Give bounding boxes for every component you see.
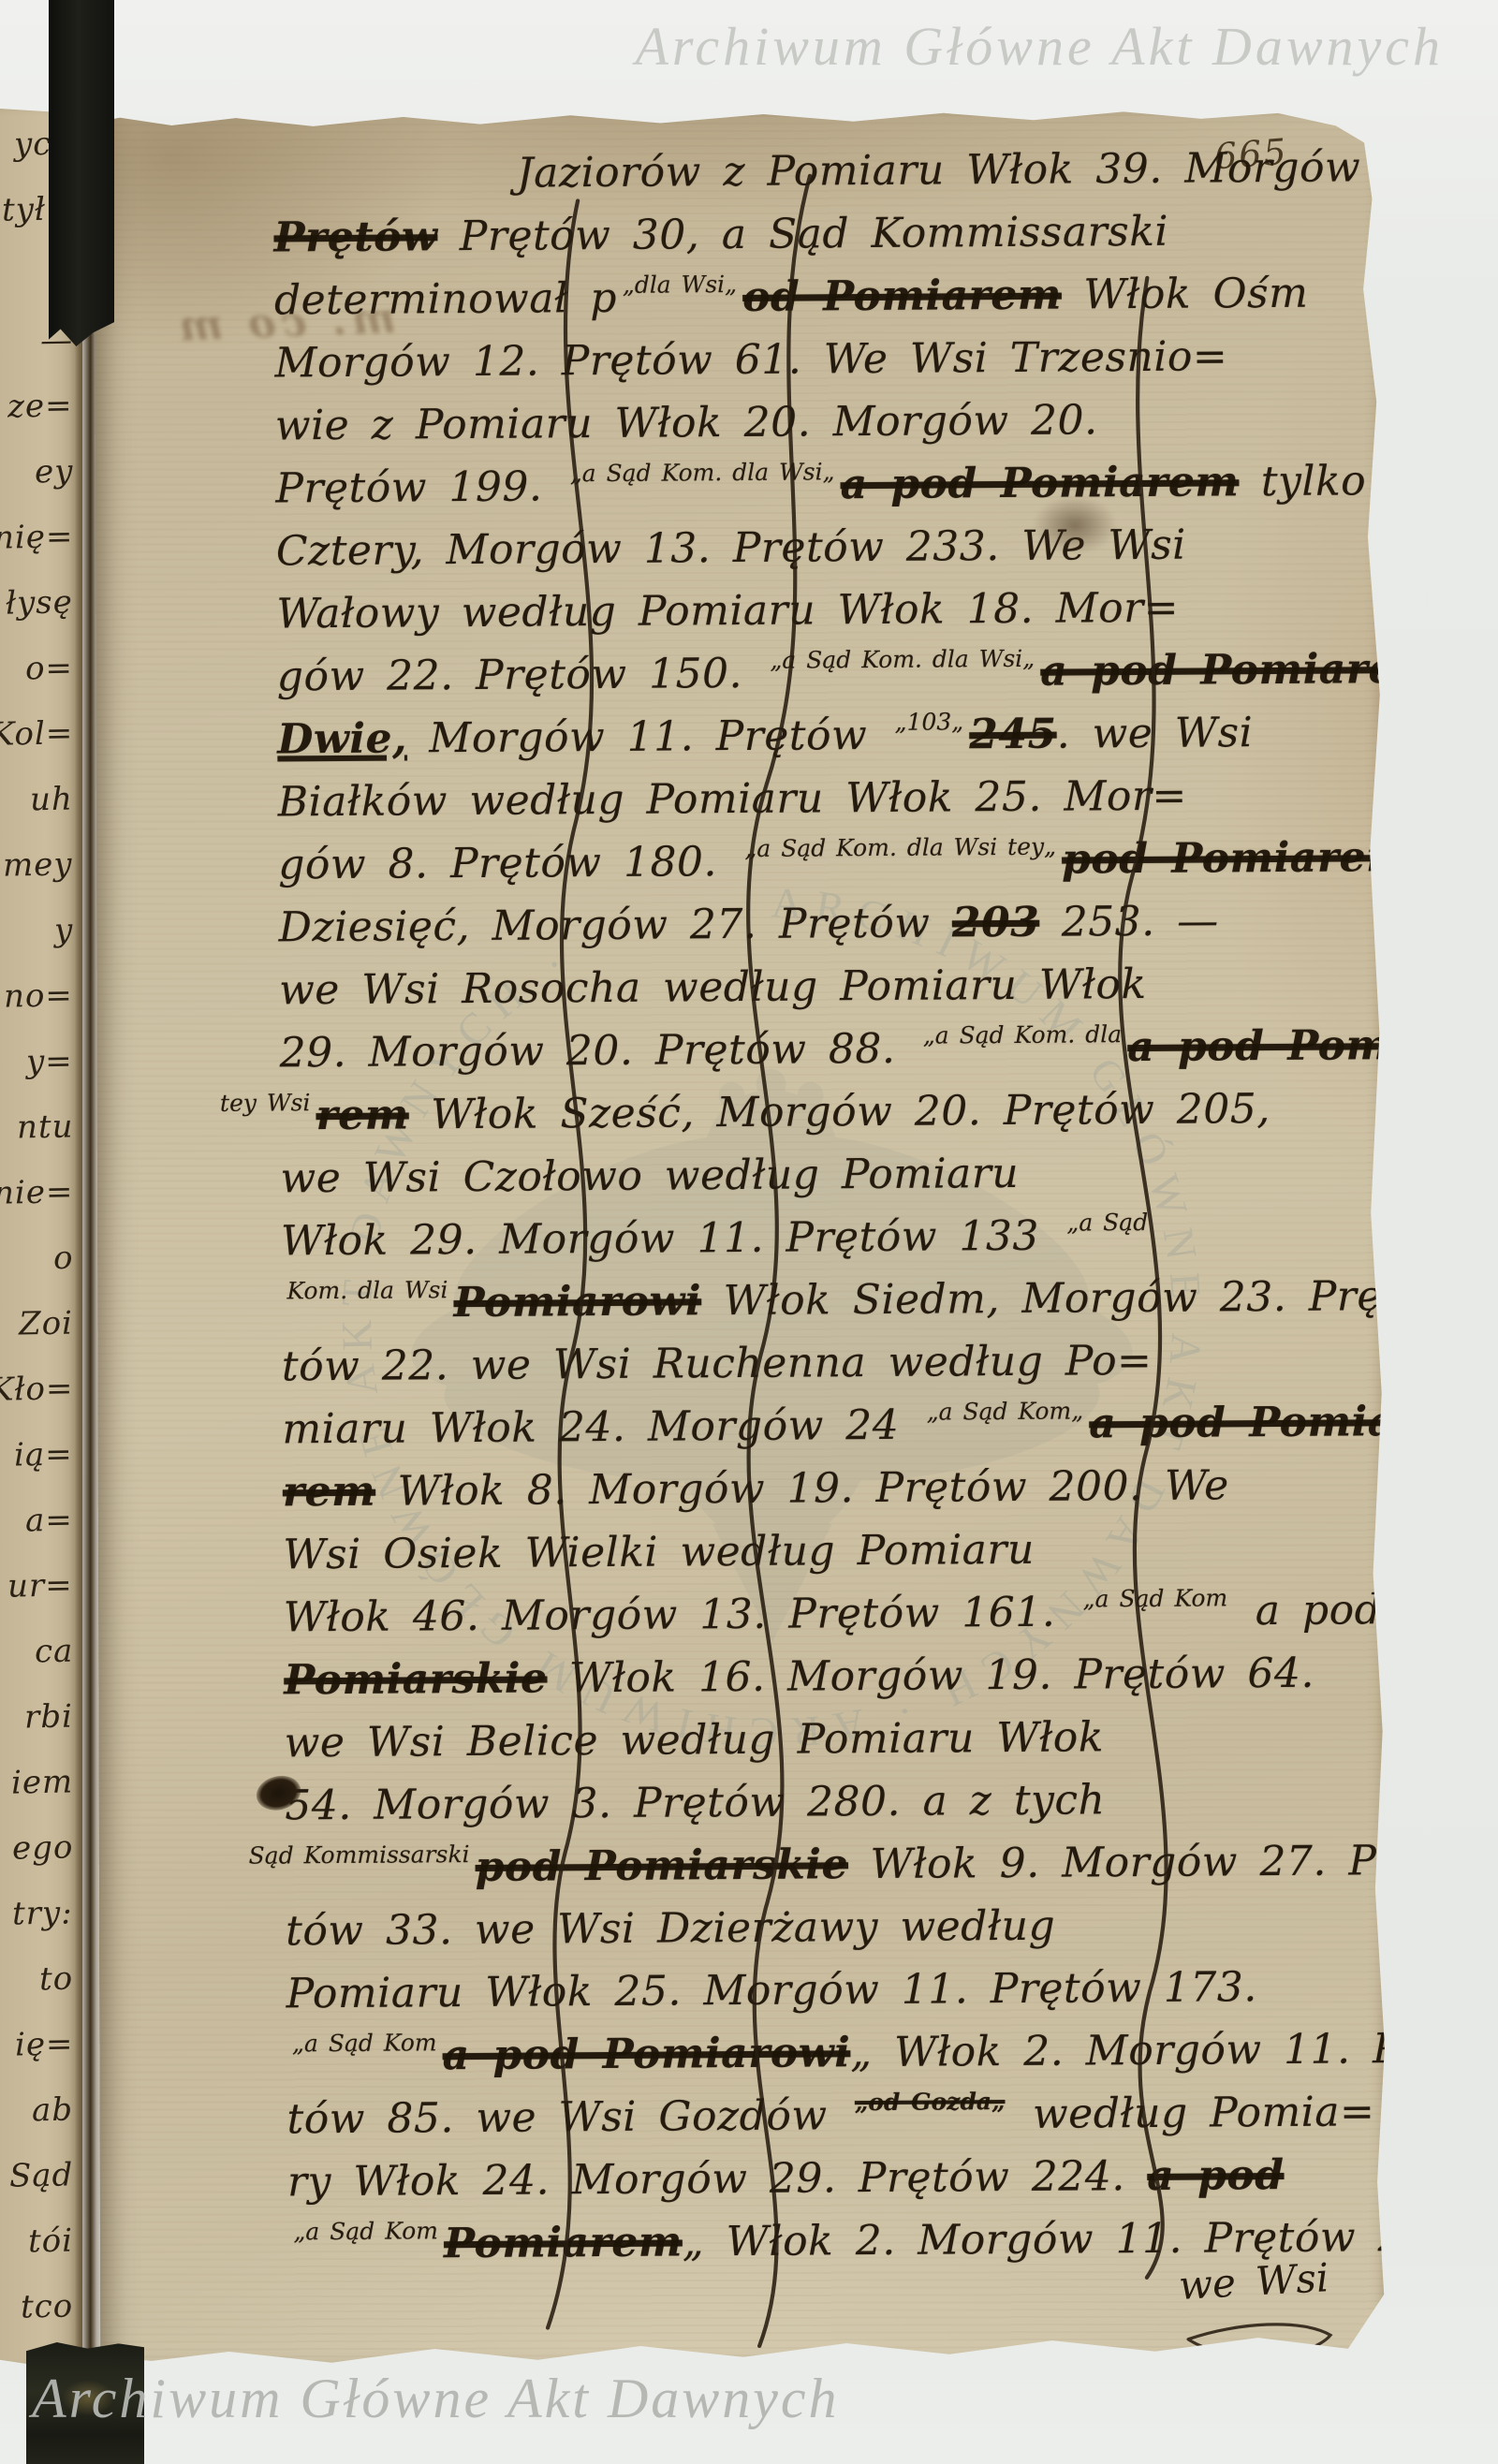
- facing-page-fragment: o: [52, 1239, 73, 1277]
- manuscript-line: we Wsi Czołowo według Pomiaru: [280, 1153, 1019, 1200]
- manuscript-line: tey Wsirem Włok Sześć, Morgów 20. Prętów…: [214, 1089, 1270, 1137]
- handwriting-segment: Pomiaru Włok 25. Morgów 11. Prętów 173.: [286, 1963, 1256, 2017]
- handwriting-segment: a pod Pomia=: [1089, 1398, 1430, 1448]
- handwriting-segment: Jaziorów z Pomiaru Włok 39. Morgów 29.: [517, 143, 1449, 198]
- handwriting-segment: Włok 9. Morgów 27. Prę=: [848, 1837, 1457, 1889]
- handwriting-segment: a pod Pomiarowi: [442, 2029, 850, 2079]
- facing-page-fragment: try:: [12, 1894, 73, 1932]
- manuscript-line: Prętów Prętów 30, a Sąd Kommissarski: [273, 212, 1168, 259]
- manuscript-line: tów 85. we Wsi Gozdów „od Gozda„ według …: [286, 2091, 1374, 2140]
- handwriting-segment: Włok: [1439, 644, 1498, 693]
- handwriting-segment: „a Sąd Kom„: [927, 1399, 1084, 1423]
- manuscript-line: Pomiarskie Włok 16. Morgów 19. Prętów 64…: [284, 1653, 1314, 1702]
- handwriting-segment: Dziesięć, Morgów 27. Prętów: [279, 899, 953, 951]
- facing-page-fragment: ab: [32, 2091, 74, 2130]
- handwriting-segment: we Wsi Rosocha według Pomiaru Włok: [279, 961, 1147, 1014]
- facing-page-fragment: uh: [30, 781, 73, 819]
- handwriting-segment: 253. —: [1039, 897, 1219, 946]
- binding-tape-bottom: [26, 2342, 144, 2464]
- handwriting-segment: . we Wsi: [1056, 709, 1253, 757]
- handwriting-segment: Włok: [1410, 832, 1498, 881]
- handwriting-segment: rem: [283, 1468, 376, 1517]
- facing-page-fragment: nie=: [0, 1173, 73, 1211]
- manuscript-line: Dziesięć, Morgów 27. Prętów 203 253. —: [279, 901, 1219, 948]
- manuscript-line: „a Sąd Koma pod Pomiarowi„ Włok 2. Morgó…: [286, 2028, 1498, 2077]
- handwriting-segment: we Wsi Czołowo według Pomiaru: [280, 1150, 1019, 1203]
- handwriting-segment: tylko Włok: [1239, 456, 1495, 506]
- handwriting-segment: 245: [969, 711, 1057, 759]
- facing-page-fragment: no=: [4, 976, 74, 1015]
- handwriting-segment: a pod: [1233, 1586, 1381, 1635]
- text-block: Jaziorów z Pomiaru Włok 39. Morgów 29.Pr…: [90, 106, 1392, 2369]
- handwriting-segment: „103„: [894, 710, 963, 734]
- manuscript-line: Morgów 12. Prętów 61. We Wsi Trzesnio=: [274, 336, 1227, 384]
- handwriting-segment: „od Gozda„: [855, 2090, 1006, 2114]
- facing-page-fragment: Kło=: [0, 1370, 73, 1409]
- handwriting-segment: we Wsi Belice według Pomiaru Włok: [285, 1713, 1105, 1767]
- handwriting-segment: ry Włok 24. Morgów 29. Prętów 224.: [287, 2152, 1148, 2206]
- handwriting-segment: Włok 46. Morgów 13. Prętów 161.: [284, 1588, 1078, 1641]
- manuscript-line: Wsi Osiek Wielki według Pomiaru: [283, 1530, 1035, 1577]
- handwriting-segment: „ Włok 2. Morgów 11. Pręt=: [850, 2024, 1498, 2076]
- manuscript-line: Wałowy według Pomiaru Włok 18. Mor=: [276, 588, 1179, 636]
- handwriting-segment: według Pomia=: [1010, 2088, 1374, 2138]
- handwriting-segment: a pod Pomia=: [1127, 1021, 1468, 1072]
- handwriting-segment: pod Pomiarskie: [475, 1841, 848, 1891]
- handwriting-segment: Prętów 199.: [275, 462, 565, 512]
- manuscript-line: tów 22. we Wsi Ruchenna według Po=: [282, 1341, 1153, 1387]
- handwriting-segment: Włok Siedm, Morgów 23. Prę=: [701, 1272, 1417, 1325]
- facing-page-fragment: Kol=: [0, 714, 73, 754]
- handwriting-segment: „a Sąd Kom. dla Wsi„: [770, 647, 1035, 672]
- handwriting-segment: 29. Morgów 20. Prętów 88.: [279, 1025, 918, 1078]
- archive-watermark-top: Archiwum Główne Akt Dawnych: [635, 15, 1444, 78]
- manuscript-line: 29. Morgów 20. Prętów 88. „a Sąd Kom. dl…: [279, 1025, 1468, 1075]
- facing-page-fragment: tco: [20, 2288, 73, 2326]
- handwriting-segment: Morgów 12. Prętów 61. We Wsi Trzesnio=: [274, 332, 1227, 387]
- handwriting-segment: Włok 29. Morgów 11. Prętów 133: [281, 1212, 1062, 1266]
- facing-page-fragment: ego: [11, 1828, 73, 1867]
- manuscript-line: Włok 46. Morgów 13. Prętów 161. „a Sąd K…: [284, 1590, 1382, 1638]
- manuscript-line: rem Włok 8. Morgów 19. Prętów 200. We: [283, 1465, 1229, 1513]
- archive-watermark-bottom: Archiwum Główne Akt Dawnych: [32, 2367, 840, 2431]
- handwriting-segment: 203: [952, 899, 1040, 947]
- facing-page-edge: ychtył=y—ze=eynię=łysęo=Kol=uhmeyyno=y=n…: [0, 109, 82, 2367]
- handwriting-segment: gów 22. Prętów 150.: [277, 650, 765, 701]
- manuscript-line: Włok 29. Morgów 11. Prętów 133 „a Sąd: [281, 1215, 1154, 1263]
- handwriting-segment: Włok Ośm: [1062, 270, 1309, 319]
- manuscript-line: determinował p„dla Wsi„od Pomiarem Włok …: [274, 273, 1309, 322]
- facing-page-fragment: rbi: [24, 1698, 74, 1737]
- handwriting-segment: Włok Sześć, Morgów 20. Prętów 205,: [409, 1085, 1270, 1138]
- manuscript-line: Sąd Kommissarskipod Pomiarskie Włok 9. M…: [243, 1841, 1458, 1890]
- handwriting-segment: Włok 8. Morgów 19. Prętów 200. We: [375, 1461, 1229, 1515]
- manuscript-line: 54. Morgów 3. Prętów 280. a z tych: [285, 1780, 1105, 1826]
- handwriting-segment: Kom. dla Wsi: [286, 1278, 448, 1302]
- handwriting-segment: Pomiarem: [444, 2218, 683, 2267]
- facing-page-fragment: ca: [34, 1633, 73, 1671]
- facing-page-fragment: ią=: [14, 1435, 73, 1474]
- facing-page-fragment: o=: [25, 650, 74, 688]
- handwriting-segment: Pomiarskie: [284, 1654, 548, 1704]
- handwriting-segment: „ Włok 2. Morgów 11. Prętów 220.: [683, 2213, 1472, 2266]
- handwriting-segment: miaru Włok 24. Morgów 24: [282, 1401, 921, 1454]
- facing-page-fragment: ntu: [16, 1107, 73, 1146]
- facing-page-fragment: to: [39, 1960, 74, 1999]
- facing-page-fragment: y: [53, 912, 73, 949]
- binding-tape-top: [49, 0, 114, 346]
- handwriting-segment: Dwie,: [277, 714, 407, 763]
- handwriting-segment: determinował p: [274, 274, 617, 325]
- handwriting-segment: Wałowy według Pomiaru Włok 18. Mor=: [276, 584, 1179, 638]
- manuscript-line: wie z Pomiaru Włok 20. Morgów 20.: [275, 400, 1098, 447]
- manuscript-line: Kom. dla WsiPomiarowi Włok Siedm, Morgów…: [281, 1276, 1417, 1325]
- handwriting-segment: tów 33. we Wsi Dzierżawy według: [286, 1902, 1055, 1956]
- manuscript-line: tów 33. we Wsi Dzierżawy według: [286, 1906, 1055, 1953]
- manuscript-line: gów 22. Prętów 150. „a Sąd Kom. dla Wsi„…: [277, 648, 1498, 698]
- tape-sheen: [62, 2380, 115, 2417]
- ink-smudge: [1032, 495, 1118, 555]
- handwriting-segment: tów 85. we Wsi Gozdów: [286, 2091, 849, 2143]
- manuscript-page: ARCHIWUM GŁÓWNE AKT DAWNYCH · ARCHIWUM G…: [95, 109, 1387, 2366]
- handwriting-segment: „dla Wsi„: [623, 272, 737, 297]
- manuscript-line: Jaziorów z Pomiaru Włok 39. Morgów 29.: [517, 147, 1449, 195]
- handwriting-segment: Prętów 30, a Sąd Kommissarski: [437, 208, 1168, 260]
- manuscript-line: we Wsi Rosocha według Pomiaru Włok: [279, 964, 1147, 1011]
- facing-page-fragment: tói: [28, 2222, 74, 2261]
- handwriting-segment: Pomiarowi: [453, 1277, 701, 1327]
- facing-page-fragment: ur=: [7, 1566, 73, 1605]
- facing-page-fragment: nię=: [0, 518, 73, 556]
- facing-page-fragment: mey: [3, 845, 73, 884]
- manuscript-line: Pomiaru Włok 25. Morgów 11. Prętów 173.: [286, 1967, 1256, 2015]
- handwriting-segment: tów 22. we Wsi Ruchenna według Po=: [282, 1337, 1153, 1390]
- handwriting-segment: Morgów 11. Prętów: [407, 711, 889, 763]
- handwriting-segment: „a Sąd Kom: [292, 2031, 437, 2055]
- scanned-document-background: Archiwum Główne Akt Dawnych ychtył=y—ze=…: [0, 0, 1498, 2464]
- facing-page-fragment: łysę: [6, 583, 73, 622]
- handwriting-segment: wie z Pomiaru Włok 20. Morgów 20.: [275, 396, 1098, 449]
- facing-page-fragment: iem: [10, 1763, 73, 1801]
- handwriting-segment: „a Sąd Kom: [293, 2219, 438, 2243]
- handwriting-segment: rem: [316, 1091, 409, 1139]
- facing-page-fragment: ze=: [7, 387, 73, 425]
- handwriting-segment: Białków według Pomiaru Włok 25. Mor=: [278, 772, 1187, 827]
- handwriting-segment: pod Pomiarem: [1062, 833, 1410, 884]
- manuscript-line: Prętów 199. „a Sąd Kom. dla Wsi„a pod Po…: [275, 460, 1495, 509]
- manuscript-line: ry Włok 24. Morgów 29. Prętów 224. a pod: [287, 2155, 1285, 2203]
- handwriting-segment: Wsi Osiek Wielki według Pomiaru: [283, 1526, 1035, 1579]
- handwriting-segment: „a Sąd: [1066, 1210, 1148, 1235]
- handwriting-segment: a pod: [1147, 2151, 1285, 2200]
- facing-page-fragment: ię=: [14, 2025, 73, 2063]
- handwriting-segment: Sąd Kommissarski: [249, 1842, 470, 1868]
- handwriting-segment: „a Sąd Kom: [1083, 1586, 1228, 1610]
- facing-page-fragment: Zoi: [19, 1304, 74, 1342]
- facing-page-fragment: ey: [34, 453, 73, 491]
- manuscript-line: miaru Włok 24. Morgów 24 „a Sąd Kom„a po…: [282, 1401, 1430, 1451]
- manuscript-line: we Wsi Belice według Pomiaru Włok: [285, 1717, 1104, 1764]
- handwriting-segment: a pod Pomiarem: [840, 458, 1239, 508]
- handwriting-segment: a pod Pomiarem: [1040, 645, 1439, 696]
- handwriting-segment: Włok 16. Morgów 19. Prętów 64.: [547, 1650, 1314, 1703]
- manuscript-line: gów 8. Prętów 180. „a Sąd Kom. dla Wsi t…: [278, 836, 1498, 886]
- facing-page-fragment: y=: [26, 1043, 73, 1081]
- facing-page-fragment: a=: [25, 1502, 73, 1540]
- catchword: we Wsi: [1178, 2254, 1330, 2309]
- manuscript-line: Białków według Pomiaru Włok 25. Mor=: [278, 776, 1187, 824]
- handwriting-segment: tey Wsi: [220, 1091, 311, 1115]
- handwriting-segment: od Pomiarem: [742, 271, 1062, 321]
- handwriting-segment: „a Sąd Kom. dla Wsi tey„: [744, 835, 1056, 860]
- handwriting-segment: 54. Morgów 3. Prętów 280. a z tych: [285, 1776, 1106, 1829]
- handwriting-segment: gów 8. Prętów 180.: [278, 838, 740, 888]
- facing-page-fragment: Sąd: [8, 2156, 73, 2194]
- handwriting-segment: Prętów: [273, 213, 437, 261]
- manuscript-line: Dwie, Morgów 11. Prętów „103„245. we Wsi: [277, 712, 1253, 760]
- handwriting-segment: „a Sąd Kom. dla Wsi„: [570, 460, 835, 485]
- handwriting-segment: „a Sąd Kom. dla: [923, 1022, 1123, 1047]
